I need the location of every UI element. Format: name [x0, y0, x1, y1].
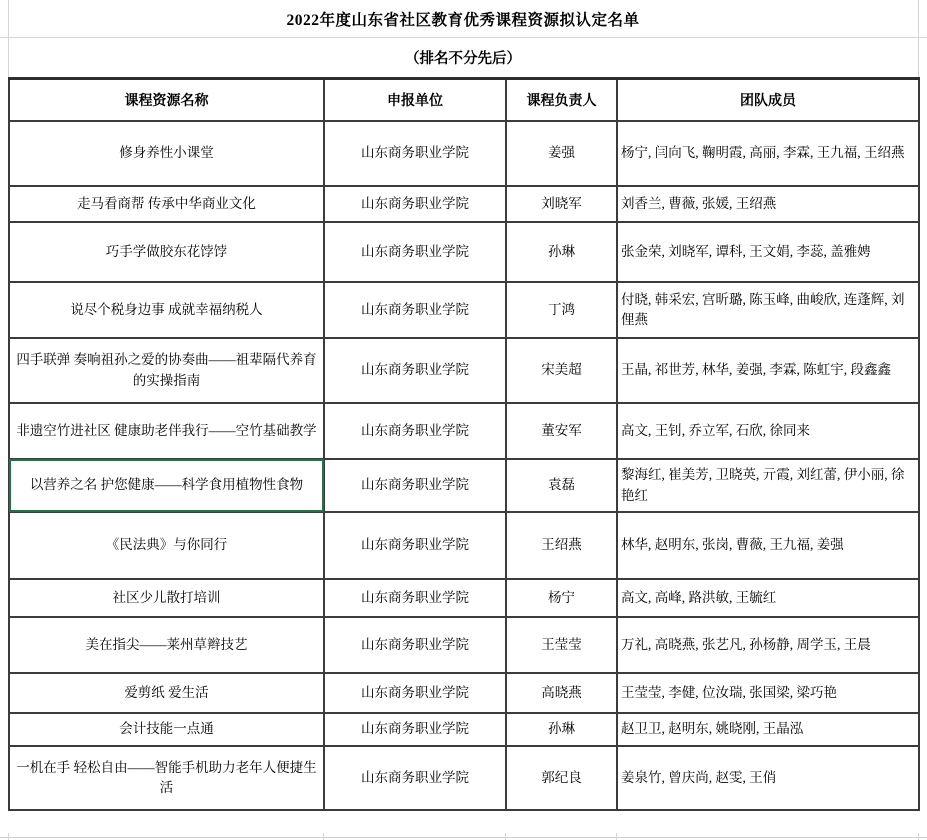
- cell-team-members[interactable]: 刘香兰, 曹薇, 张媛, 王绍燕: [617, 186, 919, 222]
- cell-course-name[interactable]: 非遗空竹进社区 健康助老伴我行——空竹基础教学: [9, 403, 324, 459]
- table-row: 一机在手 轻松自由——智能手机助力老年人便捷生活山东商务职业学院郭纪良姜泉竹, …: [9, 746, 919, 810]
- table-row: 爱剪纸 爱生活山东商务职业学院高晓燕王莹莹, 李健, 位汝瑞, 张国梁, 梁巧艳: [9, 673, 919, 713]
- gridline: [505, 833, 506, 840]
- column-header-leader[interactable]: 课程负责人: [506, 79, 617, 122]
- cell-leader[interactable]: 孙琳: [506, 222, 617, 282]
- header-row: 课程资源名称 申报单位 课程负责人 团队成员: [9, 79, 919, 122]
- gridline: [8, 833, 9, 840]
- cell-organization[interactable]: 山东商务职业学院: [324, 121, 506, 186]
- gridline: [918, 833, 919, 840]
- gridline: [918, 0, 919, 77]
- column-header-team-members[interactable]: 团队成员: [617, 79, 919, 122]
- subtitle: （排名不分先后）: [8, 38, 918, 76]
- cell-organization[interactable]: 山东商务职业学院: [324, 459, 506, 512]
- cell-organization[interactable]: 山东商务职业学院: [324, 713, 506, 746]
- cell-course-name[interactable]: 一机在手 轻松自由——智能手机助力老年人便捷生活: [9, 746, 324, 810]
- cell-course-name[interactable]: 走马看商帮 传承中华商业文化: [9, 186, 324, 222]
- table-row: 修身养性小课堂山东商务职业学院姜强杨宁, 闫向飞, 鞠明霞, 高丽, 李霖, 王…: [9, 121, 919, 186]
- cell-team-members[interactable]: 高文, 高峰, 路洪敏, 王毓红: [617, 579, 919, 617]
- cell-leader[interactable]: 杨宁: [506, 579, 617, 617]
- cell-leader[interactable]: 姜强: [506, 121, 617, 186]
- page-title: 2022年度山东省社区教育优秀课程资源拟认定名单: [8, 0, 918, 37]
- table-row: 非遗空竹进社区 健康助老伴我行——空竹基础教学山东商务职业学院董安军高文, 王钊…: [9, 403, 919, 459]
- cell-leader[interactable]: 丁鸿: [506, 282, 617, 338]
- cell-leader[interactable]: 王绍燕: [506, 512, 617, 579]
- cell-leader[interactable]: 袁磊: [506, 459, 617, 512]
- cell-team-members[interactable]: 高文, 王钊, 乔立军, 石欣, 徐同来: [617, 403, 919, 459]
- table-row: 说尽个税身边事 成就幸福纳税人山东商务职业学院丁鸿付晓, 韩采宏, 宫昕璐, 陈…: [9, 282, 919, 338]
- cell-course-name[interactable]: 爱剪纸 爱生活: [9, 673, 324, 713]
- cell-organization[interactable]: 山东商务职业学院: [324, 186, 506, 222]
- cell-leader[interactable]: 宋美超: [506, 338, 617, 403]
- cell-team-members[interactable]: 姜泉竹, 曾庆尚, 赵雯, 王俏: [617, 746, 919, 810]
- cell-course-name[interactable]: 以营养之名 护您健康——科学食用植物性食物: [9, 459, 324, 512]
- cell-organization[interactable]: 山东商务职业学院: [324, 512, 506, 579]
- cell-team-members[interactable]: 万礼, 高晓燕, 张艺凡, 孙杨静, 周学玉, 王晨: [617, 617, 919, 673]
- cell-organization[interactable]: 山东商务职业学院: [324, 222, 506, 282]
- cell-course-name[interactable]: 修身养性小课堂: [9, 121, 324, 186]
- cell-course-name[interactable]: 社区少儿散打培训: [9, 579, 324, 617]
- cell-course-name[interactable]: 巧手学做胶东花饽饽: [9, 222, 324, 282]
- cell-course-name[interactable]: 会计技能一点通: [9, 713, 324, 746]
- cell-course-name[interactable]: 四手联弹 奏响祖孙之爱的协奏曲——祖辈隔代养育的实操指南: [9, 338, 324, 403]
- table-row: 走马看商帮 传承中华商业文化山东商务职业学院刘晓军刘香兰, 曹薇, 张媛, 王绍…: [9, 186, 919, 222]
- table-row: 会计技能一点通山东商务职业学院孙琳赵卫卫, 赵明东, 姚晓刚, 王晶泓: [9, 713, 919, 746]
- cell-leader[interactable]: 孙琳: [506, 713, 617, 746]
- cell-leader[interactable]: 高晓燕: [506, 673, 617, 713]
- table-body: 修身养性小课堂山东商务职业学院姜强杨宁, 闫向飞, 鞠明霞, 高丽, 李霖, 王…: [9, 121, 919, 810]
- table-row: 社区少儿散打培训山东商务职业学院杨宁高文, 高峰, 路洪敏, 王毓红: [9, 579, 919, 617]
- cell-organization[interactable]: 山东商务职业学院: [324, 282, 506, 338]
- cell-team-members[interactable]: 张金荣, 刘晓军, 谭科, 王文娟, 李蕊, 盖雅娉: [617, 222, 919, 282]
- cell-organization[interactable]: 山东商务职业学院: [324, 617, 506, 673]
- gridline: [616, 833, 617, 840]
- cell-organization[interactable]: 山东商务职业学院: [324, 673, 506, 713]
- cell-team-members[interactable]: 杨宁, 闫向飞, 鞠明霞, 高丽, 李霖, 王九福, 王绍燕: [617, 121, 919, 186]
- table-row: 四手联弹 奏响祖孙之爱的协奏曲——祖辈隔代养育的实操指南山东商务职业学院宋美超王…: [9, 338, 919, 403]
- gridline: [323, 833, 324, 840]
- cell-team-members[interactable]: 付晓, 韩采宏, 宫昕璐, 陈玉峰, 曲峻欣, 连蓬辉, 刘俚燕: [617, 282, 919, 338]
- column-header-course-name[interactable]: 课程资源名称: [9, 79, 324, 122]
- cell-team-members[interactable]: 林华, 赵明东, 张岗, 曹薇, 王九福, 姜强: [617, 512, 919, 579]
- cell-team-members[interactable]: 黎海红, 崔美芳, 卫晓英, 亓霞, 刘红蕾, 伊小丽, 徐艳红: [617, 459, 919, 512]
- cell-leader[interactable]: 王莹莹: [506, 617, 617, 673]
- cell-organization[interactable]: 山东商务职业学院: [324, 403, 506, 459]
- table-row: 《民法典》与你同行山东商务职业学院王绍燕林华, 赵明东, 张岗, 曹薇, 王九福…: [9, 512, 919, 579]
- cell-course-name[interactable]: 说尽个税身边事 成就幸福纳税人: [9, 282, 324, 338]
- cell-team-members[interactable]: 王晶, 祁世芳, 林华, 姜强, 李霖, 陈虹宇, 段鑫鑫: [617, 338, 919, 403]
- cell-leader[interactable]: 董安军: [506, 403, 617, 459]
- cell-team-members[interactable]: 赵卫卫, 赵明东, 姚晓刚, 王晶泓: [617, 713, 919, 746]
- table-row: 巧手学做胶东花饽饽山东商务职业学院孙琳张金荣, 刘晓军, 谭科, 王文娟, 李蕊…: [9, 222, 919, 282]
- cell-course-name[interactable]: 《民法典》与你同行: [9, 512, 324, 579]
- cell-team-members[interactable]: 王莹莹, 李健, 位汝瑞, 张国梁, 梁巧艳: [617, 673, 919, 713]
- cell-organization[interactable]: 山东商务职业学院: [324, 746, 506, 810]
- cell-leader[interactable]: 刘晓军: [506, 186, 617, 222]
- table-row: 以营养之名 护您健康——科学食用植物性食物山东商务职业学院袁磊黎海红, 崔美芳,…: [9, 459, 919, 512]
- table-row: 美在指尖——莱州草辫技艺山东商务职业学院王莹莹万礼, 高晓燕, 张艺凡, 孙杨静…: [9, 617, 919, 673]
- gridline: [0, 837, 927, 838]
- cell-course-name[interactable]: 美在指尖——莱州草辫技艺: [9, 617, 324, 673]
- cell-organization[interactable]: 山东商务职业学院: [324, 338, 506, 403]
- course-table: 课程资源名称 申报单位 课程负责人 团队成员 修身养性小课堂山东商务职业学院姜强…: [8, 77, 920, 811]
- cell-leader[interactable]: 郭纪良: [506, 746, 617, 810]
- column-header-organization[interactable]: 申报单位: [324, 79, 506, 122]
- cell-organization[interactable]: 山东商务职业学院: [324, 579, 506, 617]
